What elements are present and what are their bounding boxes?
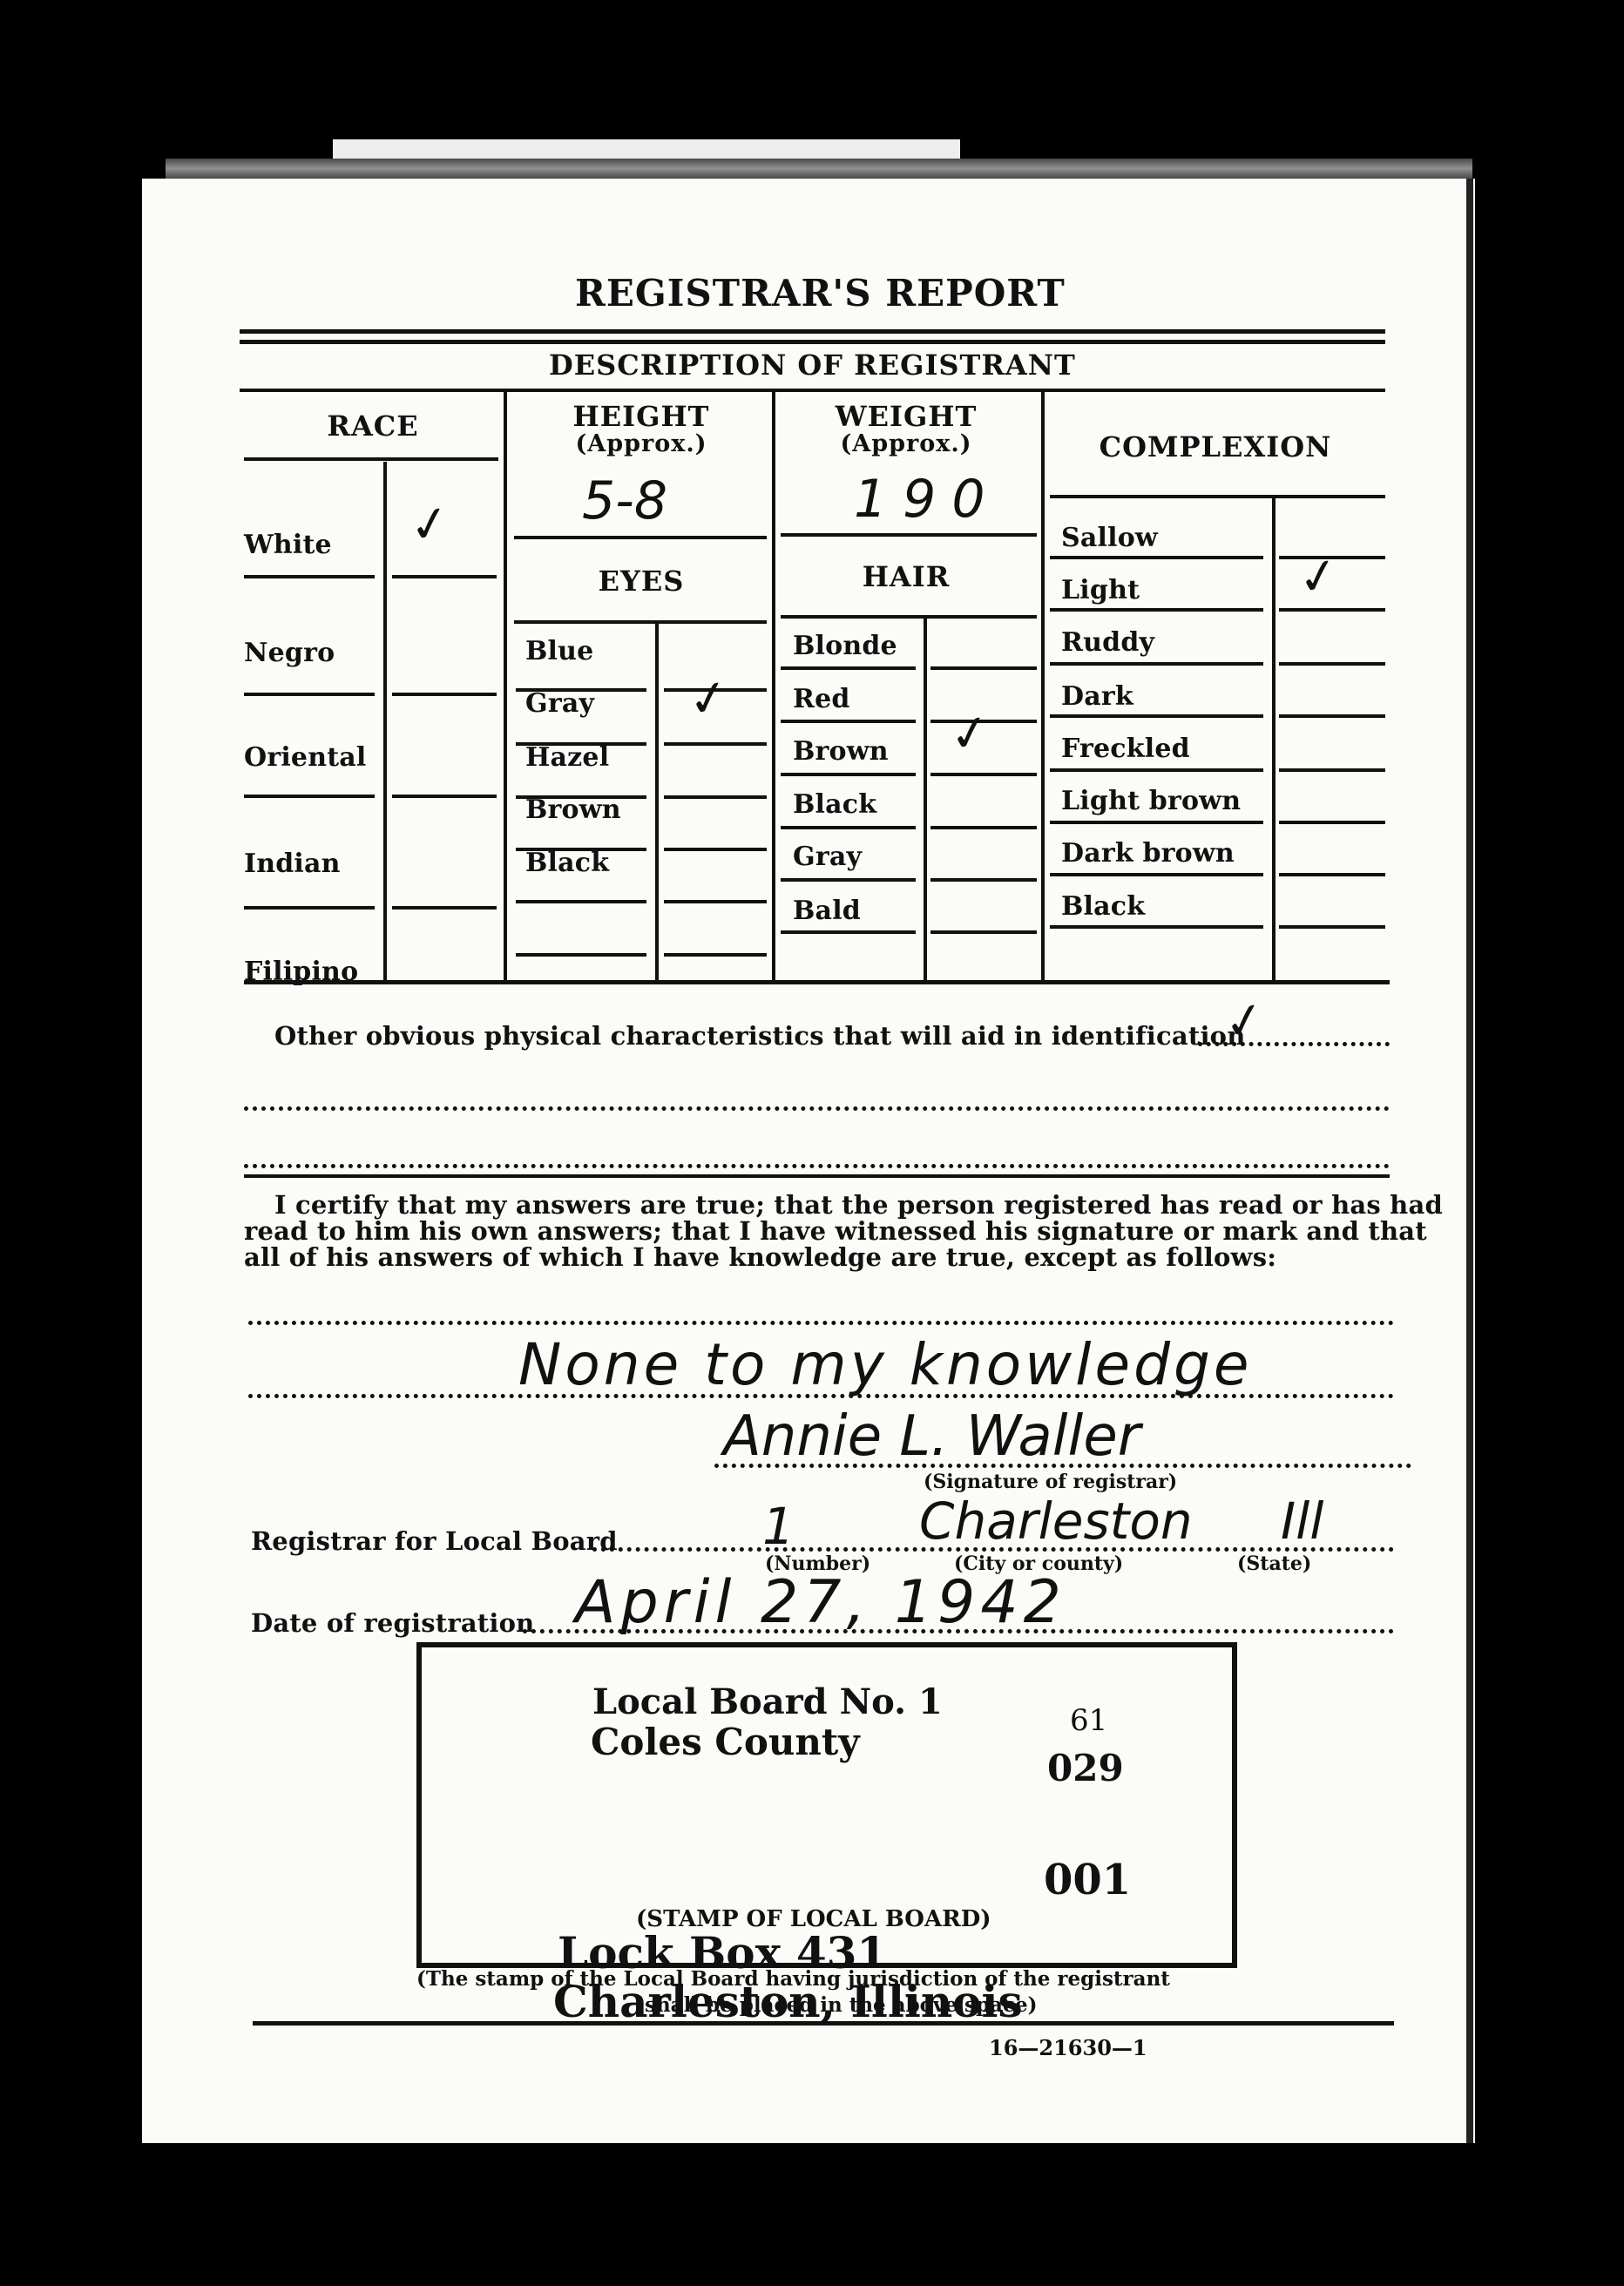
height-value[interactable]: 5-8 — [582, 470, 667, 531]
date-label: Date of registration — [251, 1608, 534, 1638]
rule — [664, 900, 767, 903]
race-header-rule — [244, 457, 498, 461]
stamp-line-2: Coles County — [591, 1721, 860, 1763]
race-header: RACE — [242, 409, 504, 443]
rule — [930, 930, 1037, 934]
subtitle-rule — [240, 389, 1385, 392]
eyes-inner-divider — [655, 623, 659, 980]
certification-line-1: I certify that my answers are true; that… — [274, 1190, 1443, 1220]
rule — [781, 826, 916, 829]
rule — [514, 536, 767, 539]
eyes-hazel-label: Hazel — [525, 742, 609, 773]
exceptions-value[interactable]: None to my knowledge — [518, 1331, 1252, 1398]
stamp-code-2: 029 — [1047, 1747, 1124, 1789]
hair-gray-label: Gray — [793, 842, 862, 872]
complexion-black-label: Black — [1061, 891, 1145, 922]
hair-bald-label: Bald — [793, 896, 861, 926]
complexion-dark-brown-label: Dark brown — [1061, 838, 1235, 869]
other-characteristics-label: Other obvious physical characteristics t… — [274, 1021, 1246, 1051]
overprint-line-1: Lock Box 431 — [558, 1927, 887, 1978]
complexion-light-label: Light — [1061, 575, 1140, 605]
local-board-city[interactable]: Charleston — [919, 1491, 1193, 1551]
rule — [930, 878, 1037, 882]
certification-line-3: all of his answers of which I have knowl… — [244, 1242, 1276, 1272]
paper-right-edge — [1466, 179, 1473, 2143]
complexion-dark-label: Dark — [1061, 681, 1133, 712]
hair-inner-divider — [924, 619, 927, 980]
hair-blonde-label: Blonde — [793, 631, 897, 661]
rule — [1279, 608, 1385, 612]
rule — [781, 615, 1037, 619]
dotted-rule — [248, 1394, 1394, 1398]
rule — [1050, 495, 1385, 498]
race-white-label: White — [244, 530, 332, 560]
rule — [930, 826, 1037, 829]
dotted-rule — [248, 1321, 1394, 1325]
weight-value[interactable]: 190 — [854, 469, 1001, 530]
rule — [930, 773, 1037, 776]
rule — [664, 953, 767, 957]
form-title: REGISTRAR'S REPORT — [575, 272, 1066, 314]
signature-caption: (Signature of registrar) — [924, 1471, 1177, 1493]
local-board-state[interactable]: Ill — [1281, 1491, 1323, 1551]
eyes-brown-label: Brown — [525, 795, 621, 825]
paper-tab-edge — [333, 139, 960, 159]
rule — [244, 906, 375, 910]
rule — [1050, 925, 1263, 929]
rule — [244, 575, 375, 578]
rule — [664, 742, 767, 746]
race-inner-divider — [383, 462, 387, 980]
rule — [392, 575, 497, 578]
hair-black-label: Black — [793, 789, 876, 820]
table-bottom-rule — [244, 980, 1390, 984]
height-header-text: HEIGHT — [511, 402, 772, 430]
certification-line-2: read to him his own answers; that I have… — [244, 1216, 1427, 1246]
stamp-code-3: 001 — [1044, 1856, 1131, 1904]
race-indian-label: Indian — [244, 849, 341, 879]
height-header: HEIGHT (Approx.) — [511, 402, 772, 458]
complexion-light-brown-label: Light brown — [1061, 786, 1241, 816]
rule — [244, 795, 375, 798]
dotted-rule — [714, 1464, 1411, 1468]
rule — [1050, 608, 1263, 612]
form-subtitle: DESCRIPTION OF REGISTRANT — [549, 348, 1076, 382]
divider-race-height — [504, 392, 507, 980]
rule — [1050, 556, 1263, 559]
rule — [781, 930, 916, 934]
rule — [1279, 821, 1385, 824]
rule — [664, 848, 767, 851]
divider-height-weight — [772, 392, 775, 980]
stamp-code-1: 61 — [1070, 1703, 1107, 1738]
rule — [244, 693, 375, 696]
dotted-rule — [244, 1106, 1390, 1111]
complexion-inner-divider — [1272, 498, 1276, 980]
rule — [1279, 662, 1385, 666]
rule — [1279, 768, 1385, 772]
rule — [781, 533, 1037, 537]
stamp-line-1: Local Board No. 1 — [592, 1681, 943, 1722]
title-rule-1 — [240, 329, 1385, 334]
state-caption: (State) — [1237, 1552, 1311, 1575]
rule — [1279, 873, 1385, 876]
rule — [781, 878, 916, 882]
weight-approx: (Approx.) — [775, 430, 1037, 458]
rule — [781, 666, 916, 670]
rule — [1050, 821, 1263, 824]
section-rule — [244, 1174, 1390, 1178]
eyes-gray-label: Gray — [525, 688, 594, 719]
rule — [1050, 873, 1263, 876]
hair-red-label: Red — [793, 684, 850, 714]
weight-header: WEIGHT (Approx.) — [775, 402, 1037, 458]
rule — [516, 900, 646, 903]
local-board-number[interactable]: 1 — [762, 1497, 795, 1556]
rule — [516, 953, 646, 957]
rule — [664, 795, 767, 799]
eyes-header: EYES — [511, 565, 772, 598]
eyes-blue-label: Blue — [525, 636, 593, 666]
overprint-line-2: Charleston, Illinois — [553, 1976, 1023, 2027]
rule — [392, 795, 497, 798]
local-board-label: Registrar for Local Board — [251, 1526, 618, 1556]
race-oriental-label: Oriental — [244, 742, 367, 773]
rule — [1050, 714, 1263, 718]
divider-weight-complexion — [1041, 392, 1045, 980]
registrar-signature[interactable]: Annie L. Waller — [723, 1404, 1140, 1469]
weight-header-text: WEIGHT — [775, 402, 1037, 430]
rule — [1279, 714, 1385, 718]
hair-brown-label: Brown — [793, 736, 889, 767]
complexion-ruddy-label: Ruddy — [1061, 627, 1154, 658]
rule — [1050, 662, 1263, 666]
rule — [1050, 768, 1263, 772]
complexion-freckled-label: Freckled — [1061, 734, 1190, 764]
rule — [781, 773, 916, 776]
footer-rule — [253, 2021, 1394, 2026]
eyes-black-label: Black — [525, 848, 609, 878]
rule — [781, 720, 916, 723]
rule — [392, 693, 497, 696]
complexion-sallow-label: Sallow — [1061, 523, 1158, 553]
form-number: 16—21630—1 — [989, 2035, 1147, 2060]
rule — [1279, 925, 1385, 929]
dotted-rule — [244, 1164, 1390, 1168]
rule — [392, 906, 497, 910]
hair-header: HAIR — [775, 560, 1037, 593]
date-value[interactable]: April 27, 1942 — [575, 1568, 1066, 1637]
complexion-header: COMPLEXION — [1045, 430, 1385, 463]
race-negro-label: Negro — [244, 638, 335, 668]
title-rule-2 — [240, 340, 1385, 344]
height-approx: (Approx.) — [511, 430, 772, 458]
rule — [930, 666, 1037, 670]
rule — [514, 620, 767, 624]
